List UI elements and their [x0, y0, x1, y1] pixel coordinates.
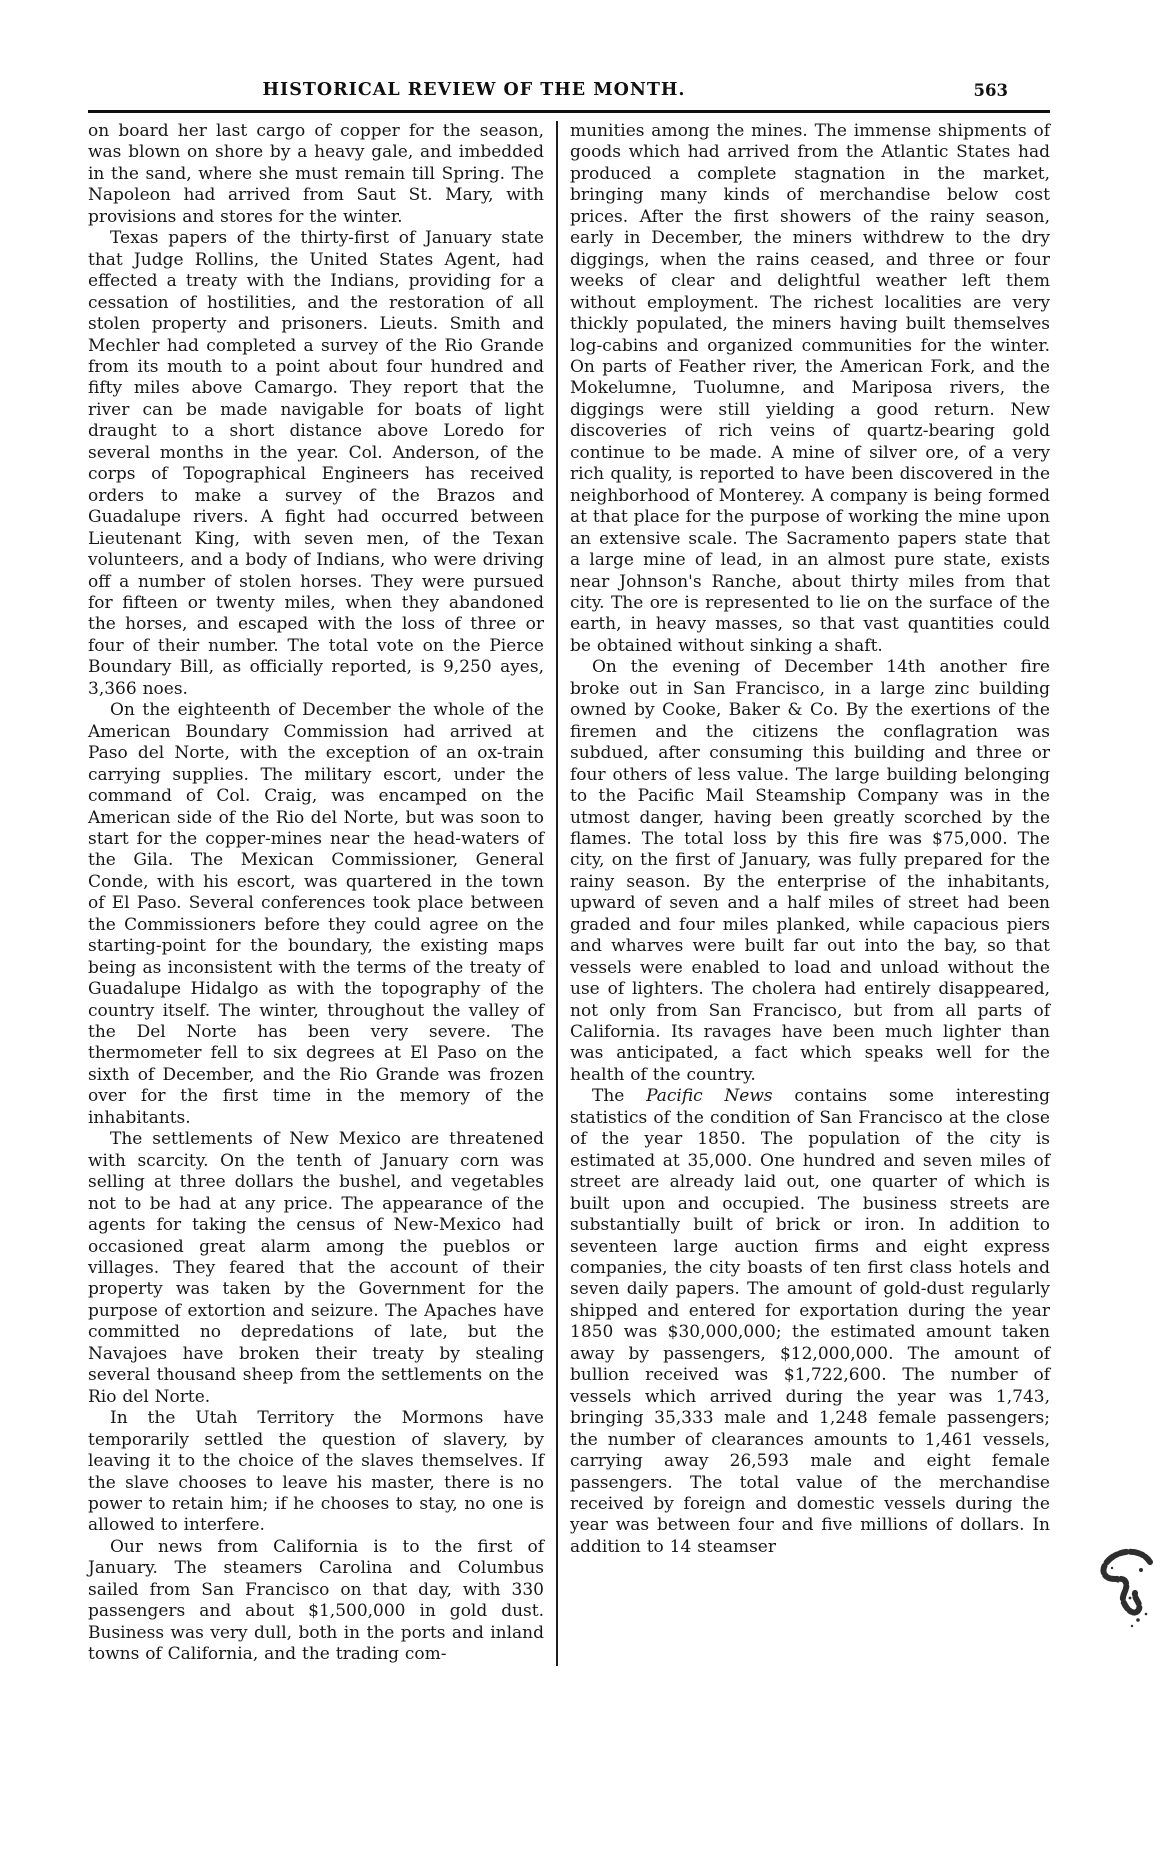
paragraph: Texas papers of the thirty-first of Janu… [88, 228, 544, 700]
left-column: on board her last cargo of copper for th… [88, 121, 556, 1666]
scanned-document-page: HISTORICAL REVIEW OF THE MONTH. 563 on b… [0, 0, 1176, 1850]
paragraph-continuation: munities among the mines. The immense sh… [570, 121, 1050, 657]
paragraph-text: contains some interesting statistics of … [570, 1086, 1050, 1557]
ink-smudge-artifact [1094, 1548, 1156, 1632]
paragraph: The Pacific News contains some interesti… [570, 1086, 1050, 1558]
publication-name-italic: Pacific News [646, 1086, 773, 1106]
text-columns: on board her last cargo of copper for th… [88, 121, 1050, 1666]
page-title: HISTORICAL REVIEW OF THE MONTH. [0, 80, 955, 100]
right-column: munities among the mines. The immense sh… [556, 121, 1050, 1666]
paragraph: On the evening of December 14th another … [570, 657, 1050, 1086]
page-number: 563 [974, 81, 1008, 100]
paragraph: On the eighteenth of December the whole … [88, 700, 544, 1129]
paragraph: In the Utah Territory the Mormons have t… [88, 1408, 544, 1537]
paragraph: Our news from California is to the first… [88, 1537, 544, 1666]
paragraph: The settlements of New Mexico are threat… [88, 1129, 544, 1408]
paragraph-text: The [592, 1086, 646, 1106]
running-head: HISTORICAL REVIEW OF THE MONTH. 563 [88, 80, 1050, 108]
paragraph-continuation: on board her last cargo of copper for th… [88, 121, 544, 228]
header-rule [88, 110, 1050, 113]
